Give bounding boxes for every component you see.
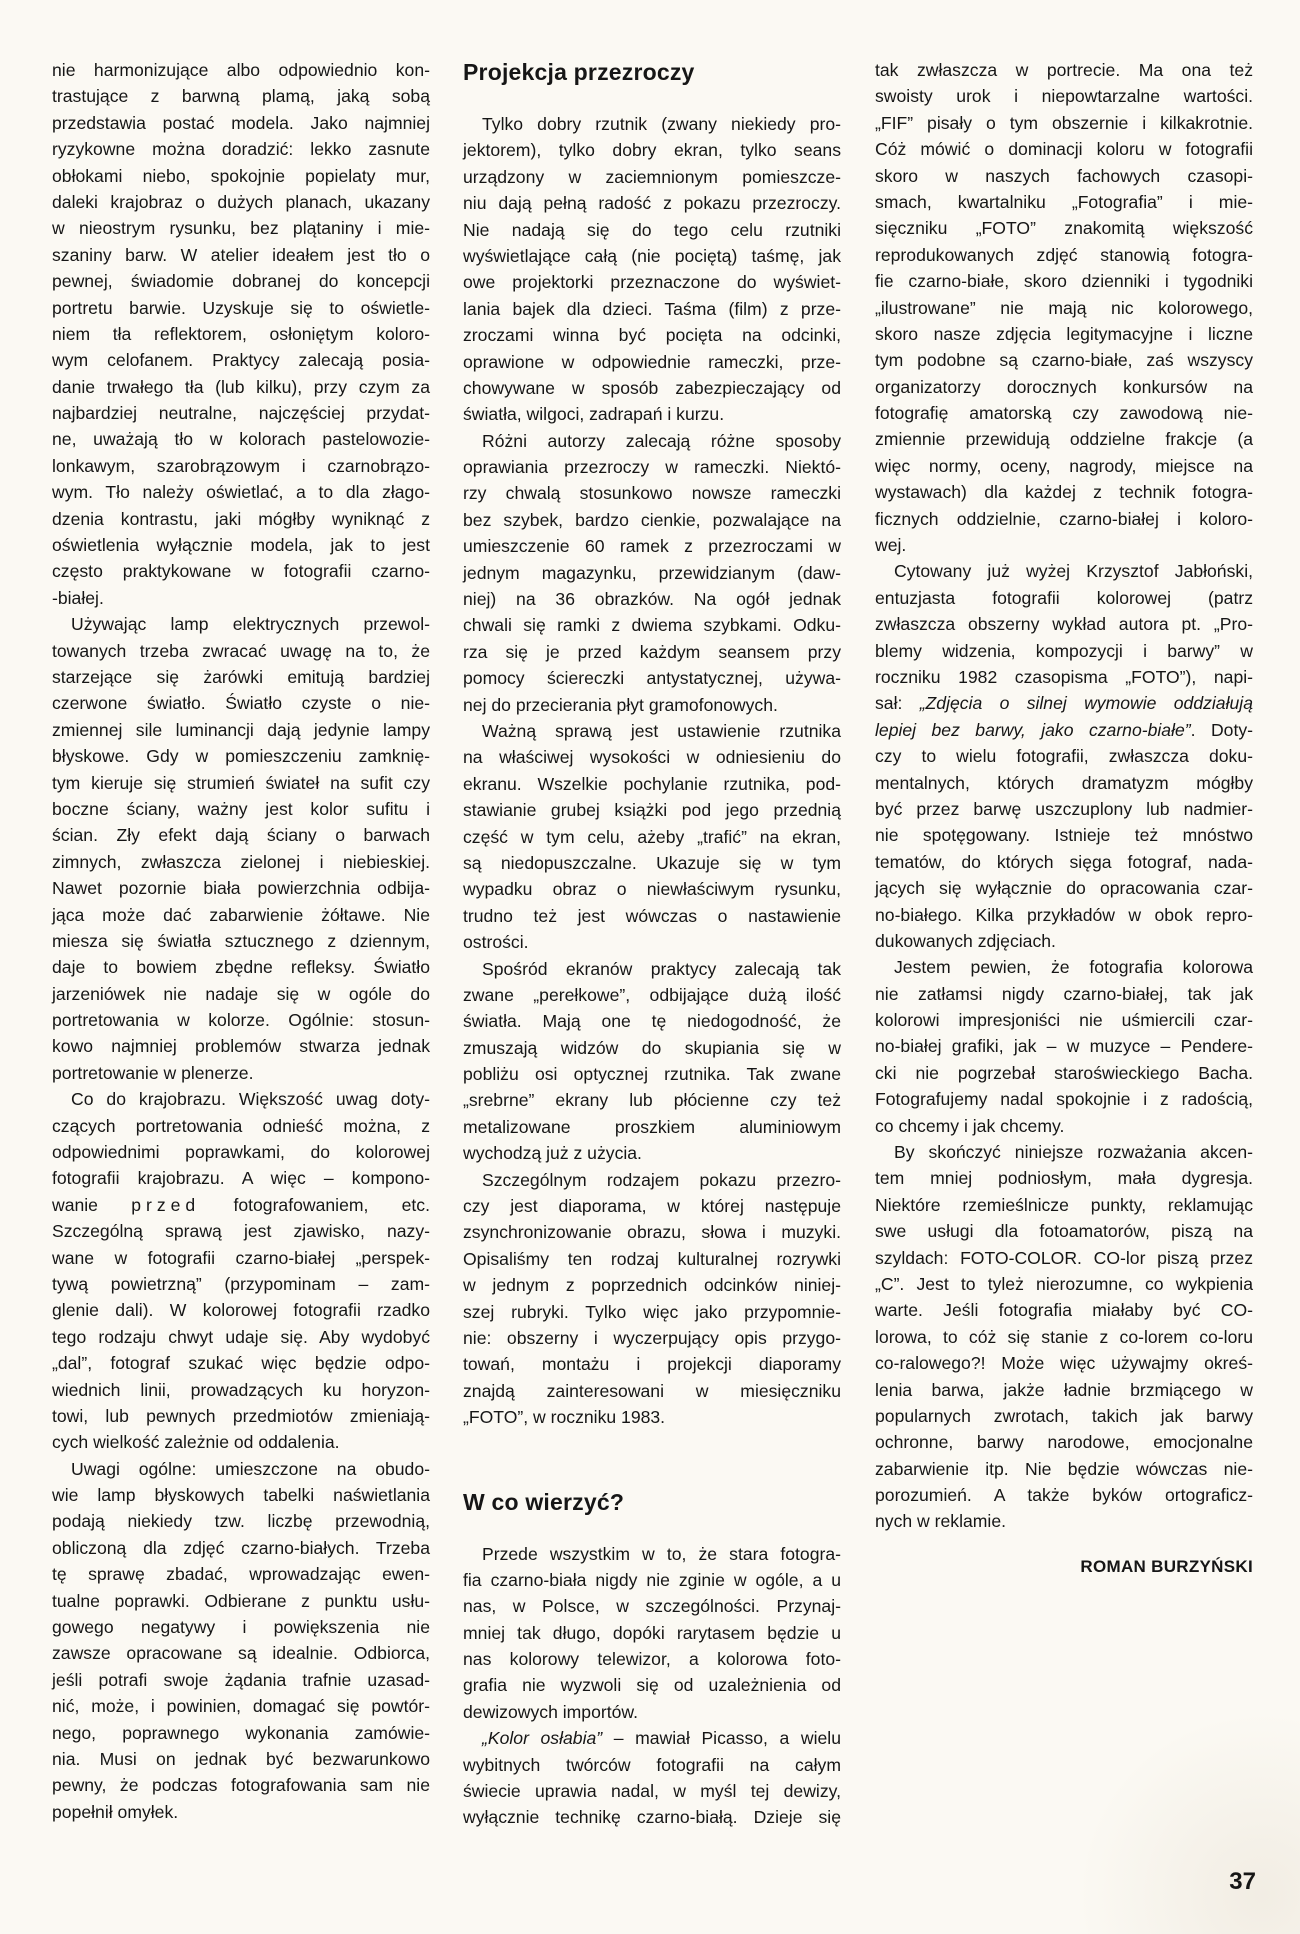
text-line: „ilustrowane” nie mają nic kolorowego, bbox=[875, 295, 1253, 321]
text-line: Niektóre rzemieślnicze punkty, reklamują… bbox=[875, 1192, 1253, 1218]
text-line: lonkawym, szarobrązowym i czarnobrązo- bbox=[52, 453, 430, 479]
text-line: być przez barwę uszczuplony lub nadmier- bbox=[875, 796, 1253, 822]
spacer bbox=[463, 87, 841, 111]
text-line: dewizowych importów. bbox=[463, 1699, 841, 1725]
text-line: ryzykowne można doradzić: lekko zasnute bbox=[52, 136, 430, 162]
spacer bbox=[463, 1431, 841, 1487]
text-line: nego, poprawnego wykonania zamówie- bbox=[52, 1720, 430, 1746]
text-line: Przede wszystkim w to, że stara fotogra- bbox=[463, 1541, 841, 1567]
text-line: rzy chwalą stosunkowo nowsze rameczki bbox=[463, 480, 841, 506]
text-line: zwane „perełkowe”, odbijające dużą ilość bbox=[463, 982, 841, 1008]
text-line: często praktykowane w fotografii czarno- bbox=[52, 558, 430, 584]
text-line: kowo najmniej problemów stwarza jednak bbox=[52, 1033, 430, 1059]
text-line: tematów, do których sięga fotograf, nada… bbox=[875, 849, 1253, 875]
text-line: -białej. bbox=[52, 585, 430, 611]
text-line: tym podobne są czarno-białe, zaś wszyscy bbox=[875, 347, 1253, 373]
text-line: fie czarno-białe, skoro dzienniki i tygo… bbox=[875, 268, 1253, 294]
text-line: zmiennej sile luminancji dają jedynie la… bbox=[52, 717, 430, 743]
text-line: Opisaliśmy ten rodzaj kulturalnej rozryw… bbox=[463, 1246, 841, 1272]
text-line: towi, lub pewnych przedmiotów zmieniają- bbox=[52, 1403, 430, 1429]
text-line: jących się wyłącznie do opracowania czar… bbox=[875, 875, 1253, 901]
text-line: „dal”, fotograf szukać więc będzie odpo- bbox=[52, 1350, 430, 1376]
magazine-page: nie harmonizujące albo odpowiednio kon-t… bbox=[0, 0, 1300, 1934]
text-line: nia. Musi on jednak być bezwarunkowo bbox=[52, 1746, 430, 1772]
spacer bbox=[463, 1517, 841, 1541]
text-line: co-ralowego?! Może więc używajmy okreś- bbox=[875, 1350, 1253, 1376]
column-left: nie harmonizujące albo odpowiednio kon-t… bbox=[52, 57, 430, 1825]
text-line: „FOTO”, w roczniku 1983. bbox=[463, 1404, 841, 1430]
text-line: fotografię amatorską czy zawodową nie- bbox=[875, 400, 1253, 426]
text-line: wypadku obraz o niewłaściwym rysunku, bbox=[463, 876, 841, 902]
text-line: wane w fotografii czarno-białej „perspek… bbox=[52, 1245, 430, 1271]
text-line: obłokami niebo, spokojnie popielaty mur, bbox=[52, 163, 430, 189]
text-line: błyskowe. Gdy w pomieszczeniu zamknię- bbox=[52, 743, 430, 769]
text-line: tywą powietrzną” (przypominam – zam- bbox=[52, 1271, 430, 1297]
text-line: rza się je przed każdym seansem przy bbox=[463, 639, 841, 665]
text-line: ścian. Zły efekt dają ściany o barwach bbox=[52, 822, 430, 848]
text-line: zabarwienie itp. Nie będzie wówczas nie- bbox=[875, 1456, 1253, 1482]
text-line: ostrości. bbox=[463, 929, 841, 955]
text-line: światła, wilgoci, zadrapań i kurzu. bbox=[463, 401, 841, 427]
text-line: tualne poprawki. Odbierane z punktu usłu… bbox=[52, 1588, 430, 1614]
text-line: jąca może dać zabarwienie żółtawe. Nie bbox=[52, 902, 430, 928]
text-line: czerwone światło. Światło czyste o nie- bbox=[52, 690, 430, 716]
text-line: stawianie grubej książki pod jego przedn… bbox=[463, 797, 841, 823]
paragraph: Przede wszystkim w to, że stara fotogra-… bbox=[463, 1541, 841, 1726]
column-middle: Projekcja przezroczy Tylko dobry rzutnik… bbox=[463, 57, 841, 1831]
text-line: Szczególną sprawą jest zjawisko, nazy- bbox=[52, 1218, 430, 1244]
text-line: pewnej, świadomie dobranej do koncepcji bbox=[52, 268, 430, 294]
paragraph: Co do krajobrazu. Większość uwag doty-cz… bbox=[52, 1086, 430, 1455]
text-line: Cytowany już wyżej Krzysztof Jabłoński, bbox=[875, 558, 1253, 584]
text-line: Tylko dobry rzutnik (zwany niekiedy pro- bbox=[463, 111, 841, 137]
text-line: portretowanie w plenerze. bbox=[52, 1060, 430, 1086]
text-line: wyłącznie technikę czarno-białą. Dzieje … bbox=[463, 1804, 841, 1830]
text-line: nas, w Polsce, w szczególności. Przynaj- bbox=[463, 1593, 841, 1619]
text-line: daleki krajobraz o dużych planach, ukaza… bbox=[52, 189, 430, 215]
text-line: trastujące z barwną plamą, jaką sobą bbox=[52, 83, 430, 109]
text-line: cych wielkość zależnie od oddalenia. bbox=[52, 1429, 430, 1455]
text-line: podają niekiedy tzw. liczbę przewodnią, bbox=[52, 1508, 430, 1534]
text-line: ne, uważają tło w kolorach pastelowozie- bbox=[52, 426, 430, 452]
text-line: sał: „Zdjęcia o silnej wymowie oddziałuj… bbox=[875, 690, 1253, 716]
text-line: czy to wielu fotografii, zwłaszcza doku- bbox=[875, 743, 1253, 769]
text-line: tego rodzaju chwyt udaje się. Aby wydoby… bbox=[52, 1324, 430, 1350]
text-line: zroczami winna być pocięta na odcinki, bbox=[463, 322, 841, 348]
text-line: znajdą zainteresowani w miesięczniku bbox=[463, 1378, 841, 1404]
text-line: nie zatłamsi nigdy czarno-białej, tak ja… bbox=[875, 981, 1253, 1007]
text-line: glenie dali). W kolorowej fotografii rza… bbox=[52, 1297, 430, 1323]
text-line: jeśli potrafi swoje żądania trafnie uzas… bbox=[52, 1667, 430, 1693]
text-line: Szczególnym rodzajem pokazu przezro- bbox=[463, 1167, 841, 1193]
page-number: 37 bbox=[1222, 1868, 1256, 1896]
section-heading-projekcja: Projekcja przezroczy bbox=[463, 57, 841, 87]
text-line: Używając lamp elektrycznych przewol- bbox=[52, 611, 430, 637]
text-line: Nie nadają się do tego celu rzutniki bbox=[463, 217, 841, 243]
text-line: jarzeniówek nie nadaje się w ogóle do bbox=[52, 981, 430, 1007]
text-line: kolorowi impresjoniści nie uśmiercili cz… bbox=[875, 1007, 1253, 1033]
text-line: boczne ściany, ważny jest kolor sufitu i bbox=[52, 796, 430, 822]
paragraph: Używając lamp elektrycznych przewol-towa… bbox=[52, 611, 430, 1086]
text-line: lorowa, to cóż się stanie z co-lorem co-… bbox=[875, 1324, 1253, 1350]
text-line: reprodukowanych zdjęć stanowią fotogra- bbox=[875, 242, 1253, 268]
text-line: szyldach: FOTO-COLOR. CO-lor piszą przez bbox=[875, 1245, 1253, 1271]
text-line: przedstawia postać modela. Jako najmniej bbox=[52, 110, 430, 136]
text-line: „FIF” pisały o tym obszernie i kilkakrot… bbox=[875, 110, 1253, 136]
paragraph: „Kolor osłabia” – mawiał Picasso, a wiel… bbox=[463, 1725, 841, 1831]
text-line: swoisty urok i niepowtarzalne wartości. bbox=[875, 83, 1253, 109]
text-line: pobliżu osi optycznej rzutnika. Tak zwan… bbox=[463, 1061, 841, 1087]
text-line: skoro nasze zdjęcia legitymacyjne i licz… bbox=[875, 321, 1253, 347]
text-line: warte. Jeśli fotografia miałaby być CO- bbox=[875, 1297, 1253, 1323]
text-line: roczniku 1982 czasopisma „FOTO”), napi- bbox=[875, 664, 1253, 690]
text-line: fia czarno-biała nigdy nie zginie w ogól… bbox=[463, 1567, 841, 1593]
text-line: chowywane w sposób zabezpieczający od bbox=[463, 375, 841, 401]
text-line: niej) na 36 obrazków. Na ogół jednak bbox=[463, 586, 841, 612]
text-line: chwali się ramki z dwiema szybkami. Odku… bbox=[463, 612, 841, 638]
text-line: czących portretowania odnieść można, z bbox=[52, 1113, 430, 1139]
text-line: daje to bowiem zbędne refleksy. Światło bbox=[52, 954, 430, 980]
text-line: grafia nie wyzwoli się od uzależnienia o… bbox=[463, 1672, 841, 1698]
text-line: ochronne, barwy narodowe, emocjonalne bbox=[875, 1429, 1253, 1455]
paragraph: Jestem pewien, że fotografia kolorowanie… bbox=[875, 954, 1253, 1139]
text-line: dzenia kontrastu, jaki mógłby wyniknąć z bbox=[52, 506, 430, 532]
text-line: wym celofanem. Praktycy zalecają posia- bbox=[52, 347, 430, 373]
text-line: zmuszają widzów do skupiania się w bbox=[463, 1035, 841, 1061]
text-line: tak zwłaszcza w portrecie. Ma ona też bbox=[875, 57, 1253, 83]
text-line: odpowiednimi poprawkami, do kolorowej bbox=[52, 1139, 430, 1165]
text-line: Jestem pewien, że fotografia kolorowa bbox=[875, 954, 1253, 980]
paragraph: Spośród ekranów praktycy zalecają takzwa… bbox=[463, 956, 841, 1167]
text-line: niu dają pełną radość z pokazu przezrocz… bbox=[463, 190, 841, 216]
paragraph: tak zwłaszcza w portrecie. Ma ona teżswo… bbox=[875, 57, 1253, 558]
text-line: popularnych zwrotach, takich jak barwy bbox=[875, 1403, 1253, 1429]
text-line: lania bajek dla dzieci. Taśma (film) z p… bbox=[463, 296, 841, 322]
text-line: część w tym celu, ażeby „trafić” na ekra… bbox=[463, 824, 841, 850]
text-line: wybitnych twórców fotografii na całym bbox=[463, 1752, 841, 1778]
text-line: więc normy, oceny, nagrody, miejsce na bbox=[875, 453, 1253, 479]
text-line: są niedopuszczalne. Ukazuje się w tym bbox=[463, 850, 841, 876]
text-line: towań, montażu i projekcji diaporamy bbox=[463, 1351, 841, 1377]
text-line: nej do przecierania płyt gramofonowych. bbox=[463, 692, 841, 718]
text-line: Co do krajobrazu. Większość uwag doty- bbox=[52, 1086, 430, 1112]
text-line: Cóż mówić o dominacji koloru w fotografi… bbox=[875, 136, 1253, 162]
paragraph: By skończyć niniejsze rozważania akcen-t… bbox=[875, 1139, 1253, 1535]
text-line: portretu barwie. Uzyskuje się to oświetl… bbox=[52, 295, 430, 321]
column-right: tak zwłaszcza w portrecie. Ma ona teżswo… bbox=[875, 57, 1253, 1535]
text-line: obliczoną dla zdjęć czarno-białych. Trze… bbox=[52, 1535, 430, 1561]
text-line: zawsze opracowane są idealnie. Odbiorca, bbox=[52, 1640, 430, 1666]
text-line: najbardziej neutralne, najczęściej przyd… bbox=[52, 400, 430, 426]
text-line: trudno też jest wówczas o nastawienie bbox=[463, 903, 841, 929]
text-line: portretowania w kolorze. Ogólnie: stosun… bbox=[52, 1007, 430, 1033]
text-line: no-białej grafiki, jak – w muzyce – Pend… bbox=[875, 1033, 1253, 1059]
text-line: popełnił omyłek. bbox=[52, 1799, 430, 1825]
author-byline: ROMAN BURZYŃSKI bbox=[1045, 1557, 1253, 1577]
text-line: blemy widzenia, kompozycji i barwy” w bbox=[875, 638, 1253, 664]
text-line: Nawet pozornie biała powierzchnia odbija… bbox=[52, 875, 430, 901]
text-line: ekranu. Wszelkie pochylanie rzutnika, po… bbox=[463, 771, 841, 797]
text-line: cki nie pogrzebał staroświeckiego Bacha. bbox=[875, 1060, 1253, 1086]
text-line: co chcemy i jak chcemy. bbox=[875, 1113, 1253, 1139]
text-line: sięczniku „FOTO” znakomitą większość bbox=[875, 215, 1253, 241]
text-line: zsynchronizowanie obrazu, słowa i muzyki… bbox=[463, 1219, 841, 1245]
text-line: wym. Tło należy oświetlać, a to dla złag… bbox=[52, 479, 430, 505]
text-line: jednym magazynku, przewidzianym (daw- bbox=[463, 560, 841, 586]
text-line: skoro w naszych fachowych czasopi- bbox=[875, 163, 1253, 189]
text-line: owe projektorki przeznaczone do wyświet- bbox=[463, 269, 841, 295]
text-line: towanych trzeba zwracać uwagę na to, że bbox=[52, 638, 430, 664]
text-line: zwłaszcza obszerny wykład autora pt. „Pr… bbox=[875, 611, 1253, 637]
section-body-w-co-wierzyc: Przede wszystkim w to, że stara fotogra-… bbox=[463, 1541, 841, 1831]
text-line: zimnych, zwłaszcza zielonej i niebieskie… bbox=[52, 849, 430, 875]
text-line: szaniny barw. W atelier ideałem jest tło… bbox=[52, 242, 430, 268]
paragraph: Szczególnym rodzajem pokazu przezro-czy … bbox=[463, 1167, 841, 1431]
text-line: oświetlenia wyłącznie modela, jak to jes… bbox=[52, 532, 430, 558]
text-line: bez szybek, bardzo cienkie, pozwalające … bbox=[463, 507, 841, 533]
text-line: Uwagi ogólne: umieszczone na obudo- bbox=[52, 1456, 430, 1482]
text-line: wej. bbox=[875, 532, 1253, 558]
text-line: wie lamp błyskowych tabelki naświetlania bbox=[52, 1482, 430, 1508]
text-line: szej rubryki. Tylko więc jako przypomnie… bbox=[463, 1299, 841, 1325]
text-line: lepiej bez barwy, jako czarno-białe”. Do… bbox=[875, 717, 1253, 743]
text-line: gowego negatywy i powiększenia nie bbox=[52, 1614, 430, 1640]
text-line: oprawione w odpowiednie rameczki, prze- bbox=[463, 349, 841, 375]
text-line: miesza się światła sztucznego z dziennym… bbox=[52, 928, 430, 954]
text-line: smach, kwartalniku „Fotografia” i mie- bbox=[875, 189, 1253, 215]
text-line: tym kieruje się strumień świateł na sufi… bbox=[52, 770, 430, 796]
text-line: światła. Mają one tę niedogodność, że bbox=[463, 1008, 841, 1034]
italic-quote: „Zdjęcia o silnej wymowie oddziałują bbox=[920, 693, 1253, 713]
text-line: Fotografujemy nadal spokojnie i z radośc… bbox=[875, 1086, 1253, 1112]
text-line: „srebrne” ekrany lub płócienne czy też bbox=[463, 1087, 841, 1113]
text-line: By skończyć niniejsze rozważania akcen- bbox=[875, 1139, 1253, 1165]
text-line: organizatorzy dorocznych konkursów na bbox=[875, 374, 1253, 400]
paragraph: Ważną sprawą jest ustawienie rzutnikana … bbox=[463, 718, 841, 956]
text-line: nie harmonizujące albo odpowiednio kon- bbox=[52, 57, 430, 83]
text-line: pomocy ściereczki antystatycznej, używa- bbox=[463, 665, 841, 691]
text-line: w jednym z poprzednich odcinków niniej- bbox=[463, 1272, 841, 1298]
paragraph: Cytowany już wyżej Krzysztof Jabłoński,e… bbox=[875, 558, 1253, 954]
paragraph: Różni autorzy zalecają różne sposobyopra… bbox=[463, 428, 841, 718]
text-line: oprawiania przezroczy w rameczki. Niektó… bbox=[463, 454, 841, 480]
text-line: jektorem), tylko dobry ekran, tylko sean… bbox=[463, 137, 841, 163]
paragraph: Tylko dobry rzutnik (zwany niekiedy pro-… bbox=[463, 111, 841, 428]
text-line: entuzjasta fotografii kolorowej (patrz bbox=[875, 585, 1253, 611]
text-line: nych w reklamie. bbox=[875, 1508, 1253, 1534]
text-line: metalizowane proszkiem aluminiowym bbox=[463, 1114, 841, 1140]
text-line: danie trwałego tła (lub kilku), przy czy… bbox=[52, 374, 430, 400]
text-line: niem tła reflektorem, osłoniętym koloro- bbox=[52, 321, 430, 347]
section-heading-w-co-wierzyc: W co wierzyć? bbox=[463, 1487, 841, 1517]
text-line: fotografii krajobrazu. A więc – kompono- bbox=[52, 1165, 430, 1191]
text-line: Spośród ekranów praktycy zalecają tak bbox=[463, 956, 841, 982]
text-line: wyświetlające całą (nie pociętą) taśmę, … bbox=[463, 243, 841, 269]
text-line: zmiennie przewidują oddzielne frakcje (a bbox=[875, 426, 1253, 452]
italic-quote: „Kolor osłabia” bbox=[482, 1728, 602, 1748]
text-line: dukowanych zdjęciach. bbox=[875, 928, 1253, 954]
text-line: wychodzą już z użycia. bbox=[463, 1140, 841, 1166]
text-line: nić, może, i powinien, domagać się powtó… bbox=[52, 1693, 430, 1719]
spaced-emphasis: przed bbox=[131, 1195, 200, 1215]
text-line: świecie uprawia nadal, w myśl tej dewizy… bbox=[463, 1778, 841, 1804]
text-line: swe usługi dla fotoamatorów, piszą na bbox=[875, 1218, 1253, 1244]
paragraph: nie harmonizujące albo odpowiednio kon-t… bbox=[52, 57, 430, 611]
text-line: ficznych oddzielnie, czarno-białej i kol… bbox=[875, 506, 1253, 532]
text-line: mniej tak długo, dopóki rarytasem będzie… bbox=[463, 1620, 841, 1646]
text-line: wystawach) dla każdej z technik fotogra- bbox=[875, 479, 1253, 505]
text-line: nas kolorowy telewizor, a kolorowa foto- bbox=[463, 1646, 841, 1672]
paragraph: Uwagi ogólne: umieszczone na obudo-wie l… bbox=[52, 1456, 430, 1825]
text-line: „Kolor osłabia” – mawiał Picasso, a wiel… bbox=[463, 1725, 841, 1751]
text-line: Ważną sprawą jest ustawienie rzutnika bbox=[463, 718, 841, 744]
text-line: wanie przed fotografowaniem, etc. bbox=[52, 1192, 430, 1218]
text-line: czy jest diaporama, w której następuje bbox=[463, 1193, 841, 1219]
text-line: tem mniej podniosłym, mała dygresja. bbox=[875, 1165, 1253, 1191]
text-line: tę sprawę zbadać, wprowadzając ewen- bbox=[52, 1561, 430, 1587]
text-line: no-białego. Kilka przykładów w obok repr… bbox=[875, 902, 1253, 928]
section-body-projekcja: Tylko dobry rzutnik (zwany niekiedy pro-… bbox=[463, 111, 841, 1431]
text-line: mentalnych, których dramatyzm mógłby bbox=[875, 770, 1253, 796]
italic-quote: lepiej bez barwy, jako czarno-białe” bbox=[875, 720, 1191, 740]
text-line: starzejące się żarówki emitują bardziej bbox=[52, 664, 430, 690]
text-line: porozumień. A także byków ortograficz- bbox=[875, 1482, 1253, 1508]
text-line: pewny, że podczas fotografowania sam nie bbox=[52, 1772, 430, 1798]
text-line: umieszczenie 60 ramek z przezroczami w bbox=[463, 533, 841, 559]
text-line: na właściwej wysokości w odniesieniu do bbox=[463, 744, 841, 770]
text-line: nie: obszerny i wyczerpujący opis przygo… bbox=[463, 1325, 841, 1351]
text-line: urządzony w zaciemnionym pomieszcze- bbox=[463, 164, 841, 190]
text-line: lenia barwa, jakże ładnie brzmiącego w bbox=[875, 1377, 1253, 1403]
text-line: nie spotęgowany. Istnieje też mnóstwo bbox=[875, 822, 1253, 848]
text-line: Różni autorzy zalecają różne sposoby bbox=[463, 428, 841, 454]
text-line: „C”. Jest to tyleż nierozumne, co wykpie… bbox=[875, 1271, 1253, 1297]
text-line: w nieostrym rysunku, bez plątaniny i mie… bbox=[52, 215, 430, 241]
text-line: wiednich linii, prowadzących ku horyzon- bbox=[52, 1377, 430, 1403]
